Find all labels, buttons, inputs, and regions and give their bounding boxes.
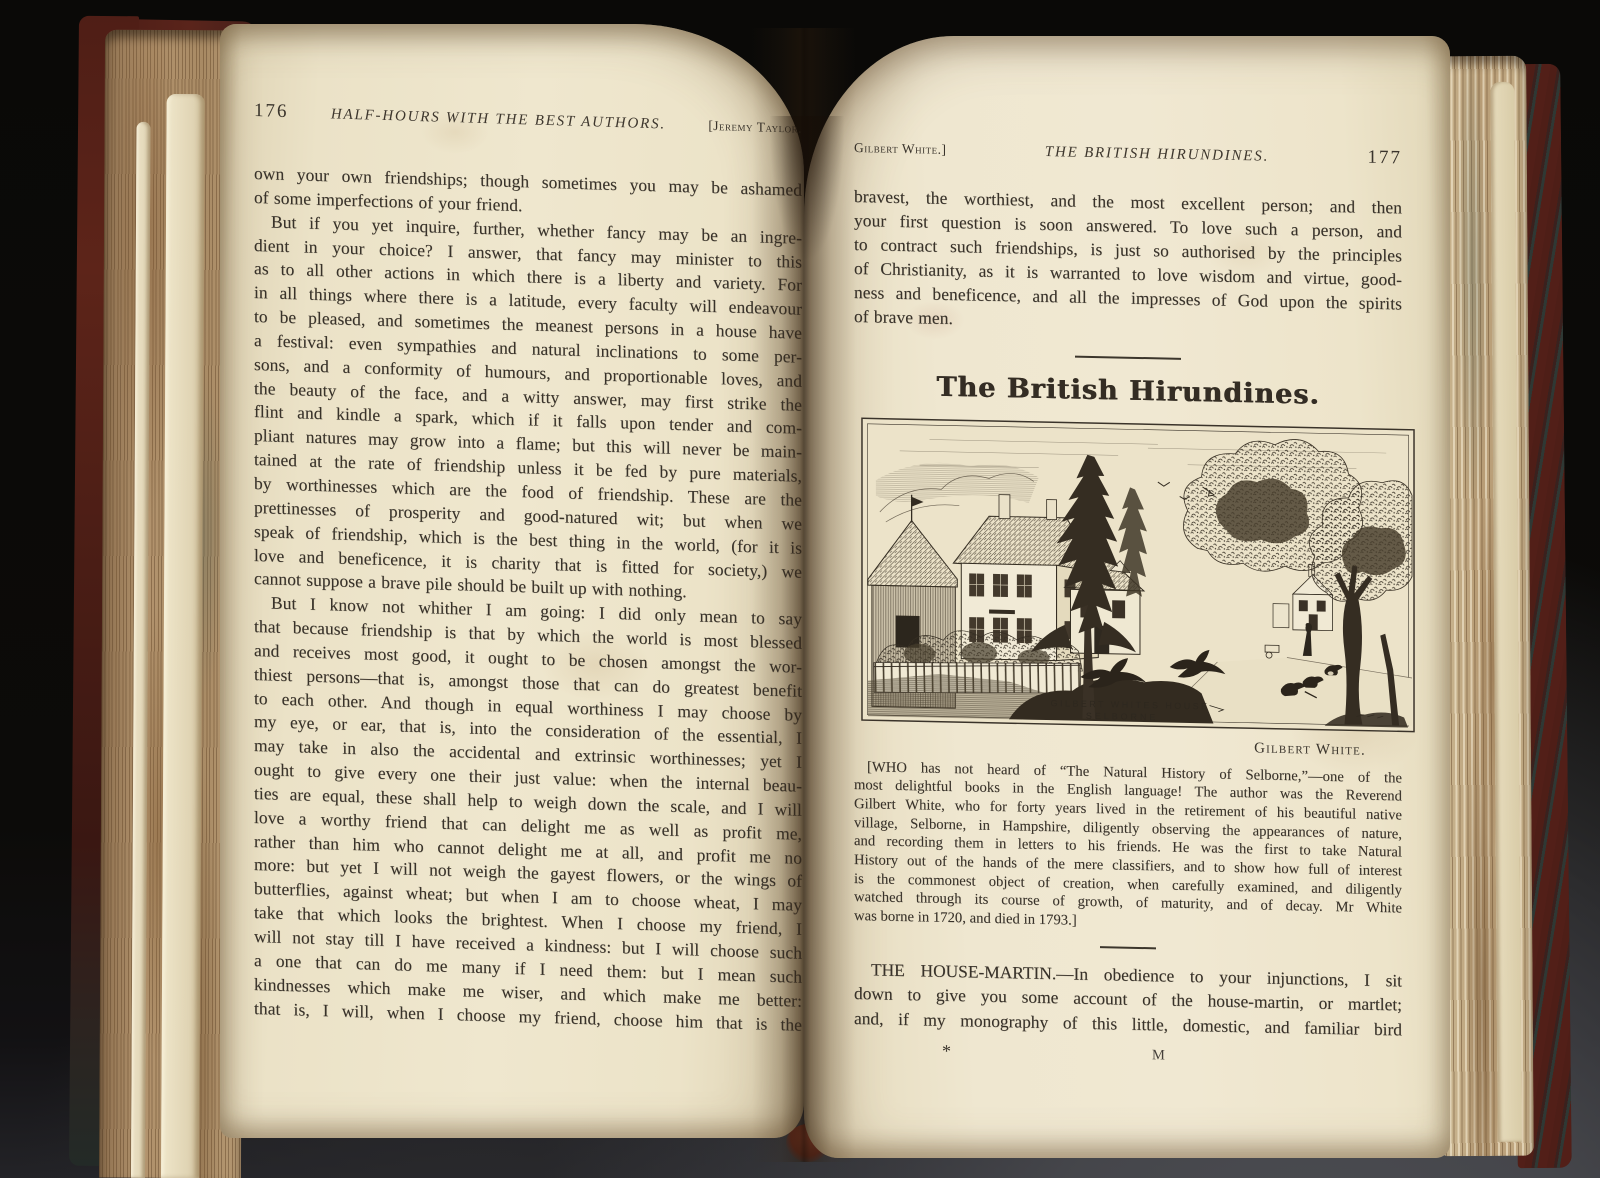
page-number: 176 — [254, 100, 289, 123]
photo-of-open-book: 176 HALF-HOURS WITH THE BEST AUTHORS. [J… — [0, 0, 1600, 1178]
engraving-illustration: GILBERT WHITES HOUSE SELBORNE — [860, 416, 1416, 739]
running-title: HALF-HOURS WITH THE BEST AUTHORS. — [289, 105, 709, 135]
section-title: The British Hirundines. — [854, 370, 1402, 412]
intro-text: bravest, the worthiest, and the most exc… — [854, 184, 1402, 340]
right-page-content: Gilbert White.] THE BRITISH HIRUNDINES. … — [854, 136, 1402, 1075]
right-page: Gilbert White.] THE BRITISH HIRUNDINES. … — [804, 36, 1450, 1158]
author-attribution: Gilbert White.] — [854, 140, 946, 158]
signature-mark: M — [1152, 1047, 1166, 1064]
editor-note-text: [WHO has not heard of “The Natural Histo… — [854, 758, 1402, 938]
page-edge-strip — [161, 94, 205, 1178]
footnote-star: * — [942, 1041, 951, 1062]
page-number: 177 — [1368, 147, 1403, 170]
engraving-caption-line2: SELBORNE — [1086, 710, 1158, 722]
right-page-body-text: THE HOUSE-MARTIN.—In obedience to your i… — [854, 957, 1402, 1042]
section-divider-rule — [1100, 946, 1156, 949]
section-divider-rule — [1075, 355, 1181, 359]
page-edge-strip — [131, 122, 151, 1178]
left-page-content: 176 HALF-HOURS WITH THE BEST AUTHORS. [J… — [254, 100, 802, 1037]
left-page: 176 HALF-HOURS WITH THE BEST AUTHORS. [J… — [220, 24, 804, 1138]
selborne-house-engraving: GILBERT WHITES HOUSE SELBORNE — [860, 416, 1416, 734]
running-title: THE BRITISH HIRUNDINES. — [946, 142, 1367, 168]
left-page-body-text: own your own friendships; though sometim… — [254, 162, 802, 1037]
page-footer: * M — [854, 1039, 1402, 1074]
left-page-header: 176 HALF-HOURS WITH THE BEST AUTHORS. [J… — [254, 100, 802, 143]
page-edge-strip — [1490, 82, 1521, 1142]
author-attribution: [Jeremy Taylor. — [708, 118, 802, 137]
right-page-header: Gilbert White.] THE BRITISH HIRUNDINES. … — [854, 136, 1402, 173]
